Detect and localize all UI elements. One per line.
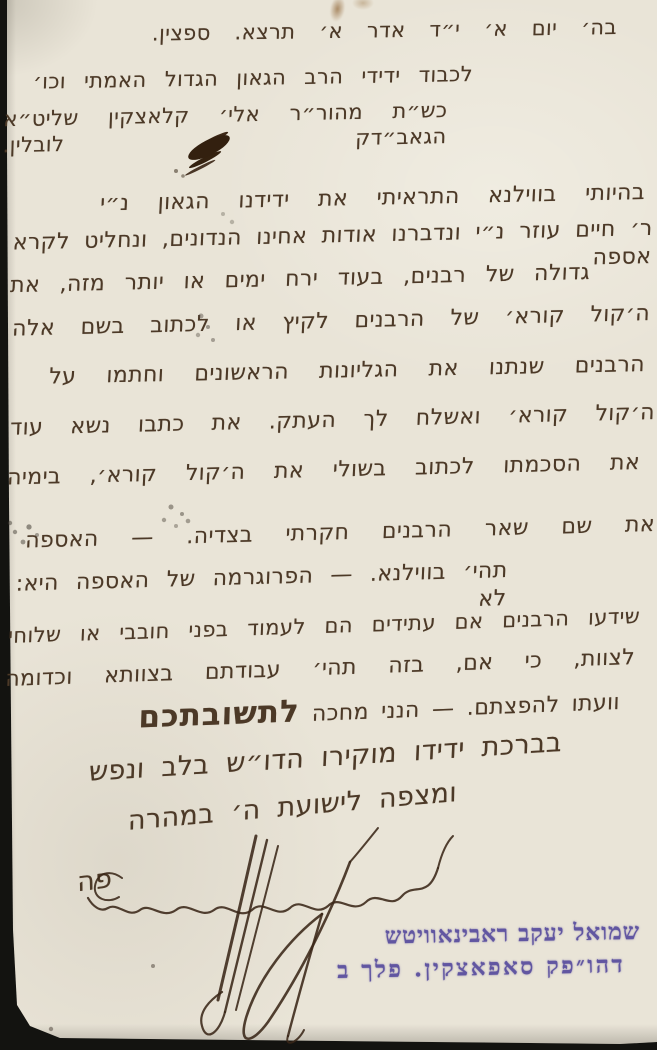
photographed-letter: בה׳ יום א׳ י״ד אדר א׳ תרצא. ספצין. לכבוד… <box>0 0 657 1050</box>
signature-ink-flourish <box>0 0 657 1050</box>
